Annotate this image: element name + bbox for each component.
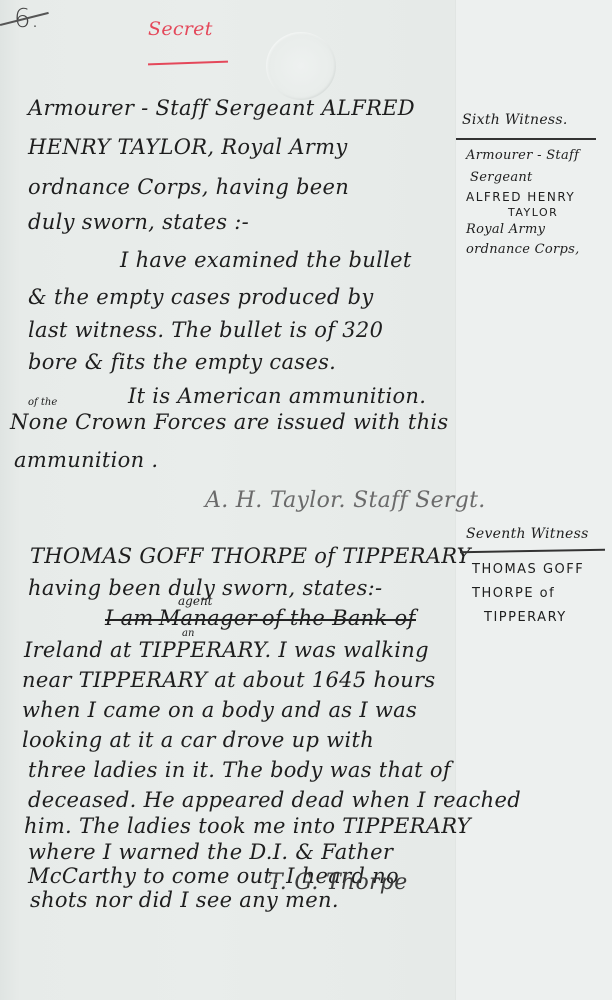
margin-line: Royal Army bbox=[466, 222, 545, 237]
statement-line: It is American ammunition. bbox=[128, 384, 426, 408]
struck-out-text: Manager bbox=[159, 606, 257, 630]
statement-line: last witness. The bullet is of 320 bbox=[28, 318, 383, 342]
margin-line: ALFRED HENRY bbox=[466, 190, 575, 204]
margin-line: TIPPERARY bbox=[484, 610, 567, 625]
margin-heading: Seventh Witness bbox=[466, 526, 589, 542]
embossed-seal-icon bbox=[266, 32, 336, 100]
margin-line: Sergeant bbox=[470, 170, 533, 185]
statement-line: Armourer - Staff Sergeant ALFRED bbox=[28, 96, 415, 120]
statement-line: deceased. He appeared dead when I reache… bbox=[28, 788, 521, 812]
statement-line: ammunition . bbox=[14, 448, 158, 472]
statement-line: duly sworn, states :- bbox=[28, 210, 249, 234]
statement-line: & the empty cases produced by bbox=[28, 285, 374, 309]
statement-line: Ireland at TIPPERARY. I was walking bbox=[24, 638, 429, 662]
statement-line: when I came on a body and as I was bbox=[22, 698, 417, 722]
margin-line: THOMAS GOFF bbox=[472, 562, 584, 577]
margin-line: TAYLOR bbox=[508, 206, 558, 219]
margin-line: ordnance Corps, bbox=[466, 242, 580, 257]
statement-line: him. The ladies took me into TIPPERARY bbox=[24, 814, 471, 838]
statement-line: where I warned the D.I. & Father bbox=[28, 840, 393, 864]
margin-heading-underline bbox=[456, 138, 596, 140]
statement-line: near TIPPERARY at about 1645 hours bbox=[22, 668, 435, 692]
statement-line: looking at it a car drove up with bbox=[22, 728, 374, 752]
statement-line: None Crown Forces are issued with this bbox=[10, 410, 449, 434]
margin-heading: Sixth Witness. bbox=[462, 112, 568, 128]
margin-line: Armourer - Staff bbox=[466, 148, 579, 163]
statement-line-correction: I am Manager of the Bank of bbox=[105, 606, 416, 630]
statement-line: three ladies in it. The body was that of bbox=[28, 758, 451, 782]
classification-mark: Secret bbox=[148, 18, 213, 40]
statement-text: of the Bank of bbox=[262, 606, 416, 630]
document-page: 6. Secret Armourer - Staff Sergeant ALFR… bbox=[0, 0, 612, 1000]
classification-underline bbox=[148, 61, 228, 66]
statement-line: bore & fits the empty cases. bbox=[28, 350, 336, 374]
statement-line: ordnance Corps, having been bbox=[28, 175, 349, 199]
statement-line: I have examined the bullet bbox=[120, 248, 412, 272]
statement-line: THOMAS GOFF THORPE of TIPPERARY bbox=[30, 544, 471, 568]
signature-thorpe: T. G. Thorpe bbox=[268, 870, 408, 895]
signature-taylor: A. H. Taylor. Staff Sergt. bbox=[205, 488, 486, 513]
insertion-text: agent bbox=[178, 594, 213, 608]
margin-line: THORPE of bbox=[472, 586, 555, 601]
insertion-text: of the bbox=[28, 397, 57, 408]
statement-text: I am bbox=[105, 606, 154, 630]
statement-line: HENRY TAYLOR, Royal Army bbox=[28, 135, 348, 159]
